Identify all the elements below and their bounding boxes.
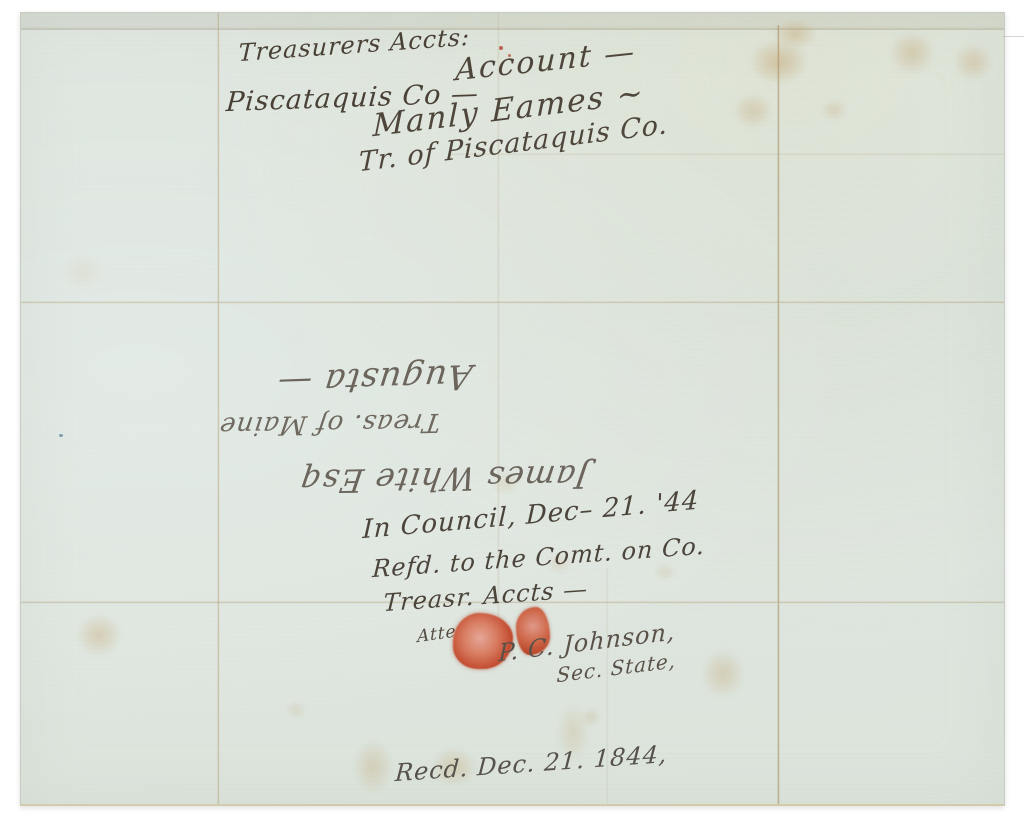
stain xyxy=(353,739,393,795)
address-name: James White Esq xyxy=(298,460,591,497)
stain xyxy=(61,253,105,291)
fold-crease-horizontal-middle xyxy=(21,301,1004,304)
stain xyxy=(953,43,993,81)
stain xyxy=(76,613,122,657)
received-line: Recd. Dec. 21. 1844, xyxy=(394,742,668,785)
stain xyxy=(821,99,847,121)
address-title: Treas. of Maine xyxy=(217,409,442,439)
scan-artifact-line xyxy=(1003,36,1024,37)
blue-speck xyxy=(59,434,63,437)
stain xyxy=(286,701,306,719)
fold-crease-vertical-right xyxy=(777,25,780,804)
stain xyxy=(581,708,601,726)
fold-crease-vertical-left xyxy=(217,13,220,804)
stain xyxy=(653,563,677,581)
council-line-referred: Refd. to the Comt. on Co. xyxy=(372,534,706,581)
top-fold-flap xyxy=(21,13,1004,30)
stain xyxy=(701,649,745,699)
document-scan: Treasurers Accts: Piscataquis Co — Accou… xyxy=(0,0,1024,826)
stain xyxy=(749,39,809,85)
address-city: Augusta — xyxy=(275,359,474,400)
stain xyxy=(889,31,935,75)
letter-paper: Treasurers Accts: Piscataquis Co — Accou… xyxy=(20,12,1005,806)
address-block-inverted: James White Esq Treas. of Maine Augusta … xyxy=(248,328,593,500)
docket-line-treasurers-accts: Treasurers Accts: xyxy=(238,25,470,65)
council-line-treas-accts: Treasr. Accts — xyxy=(383,577,589,615)
stain xyxy=(733,93,773,129)
